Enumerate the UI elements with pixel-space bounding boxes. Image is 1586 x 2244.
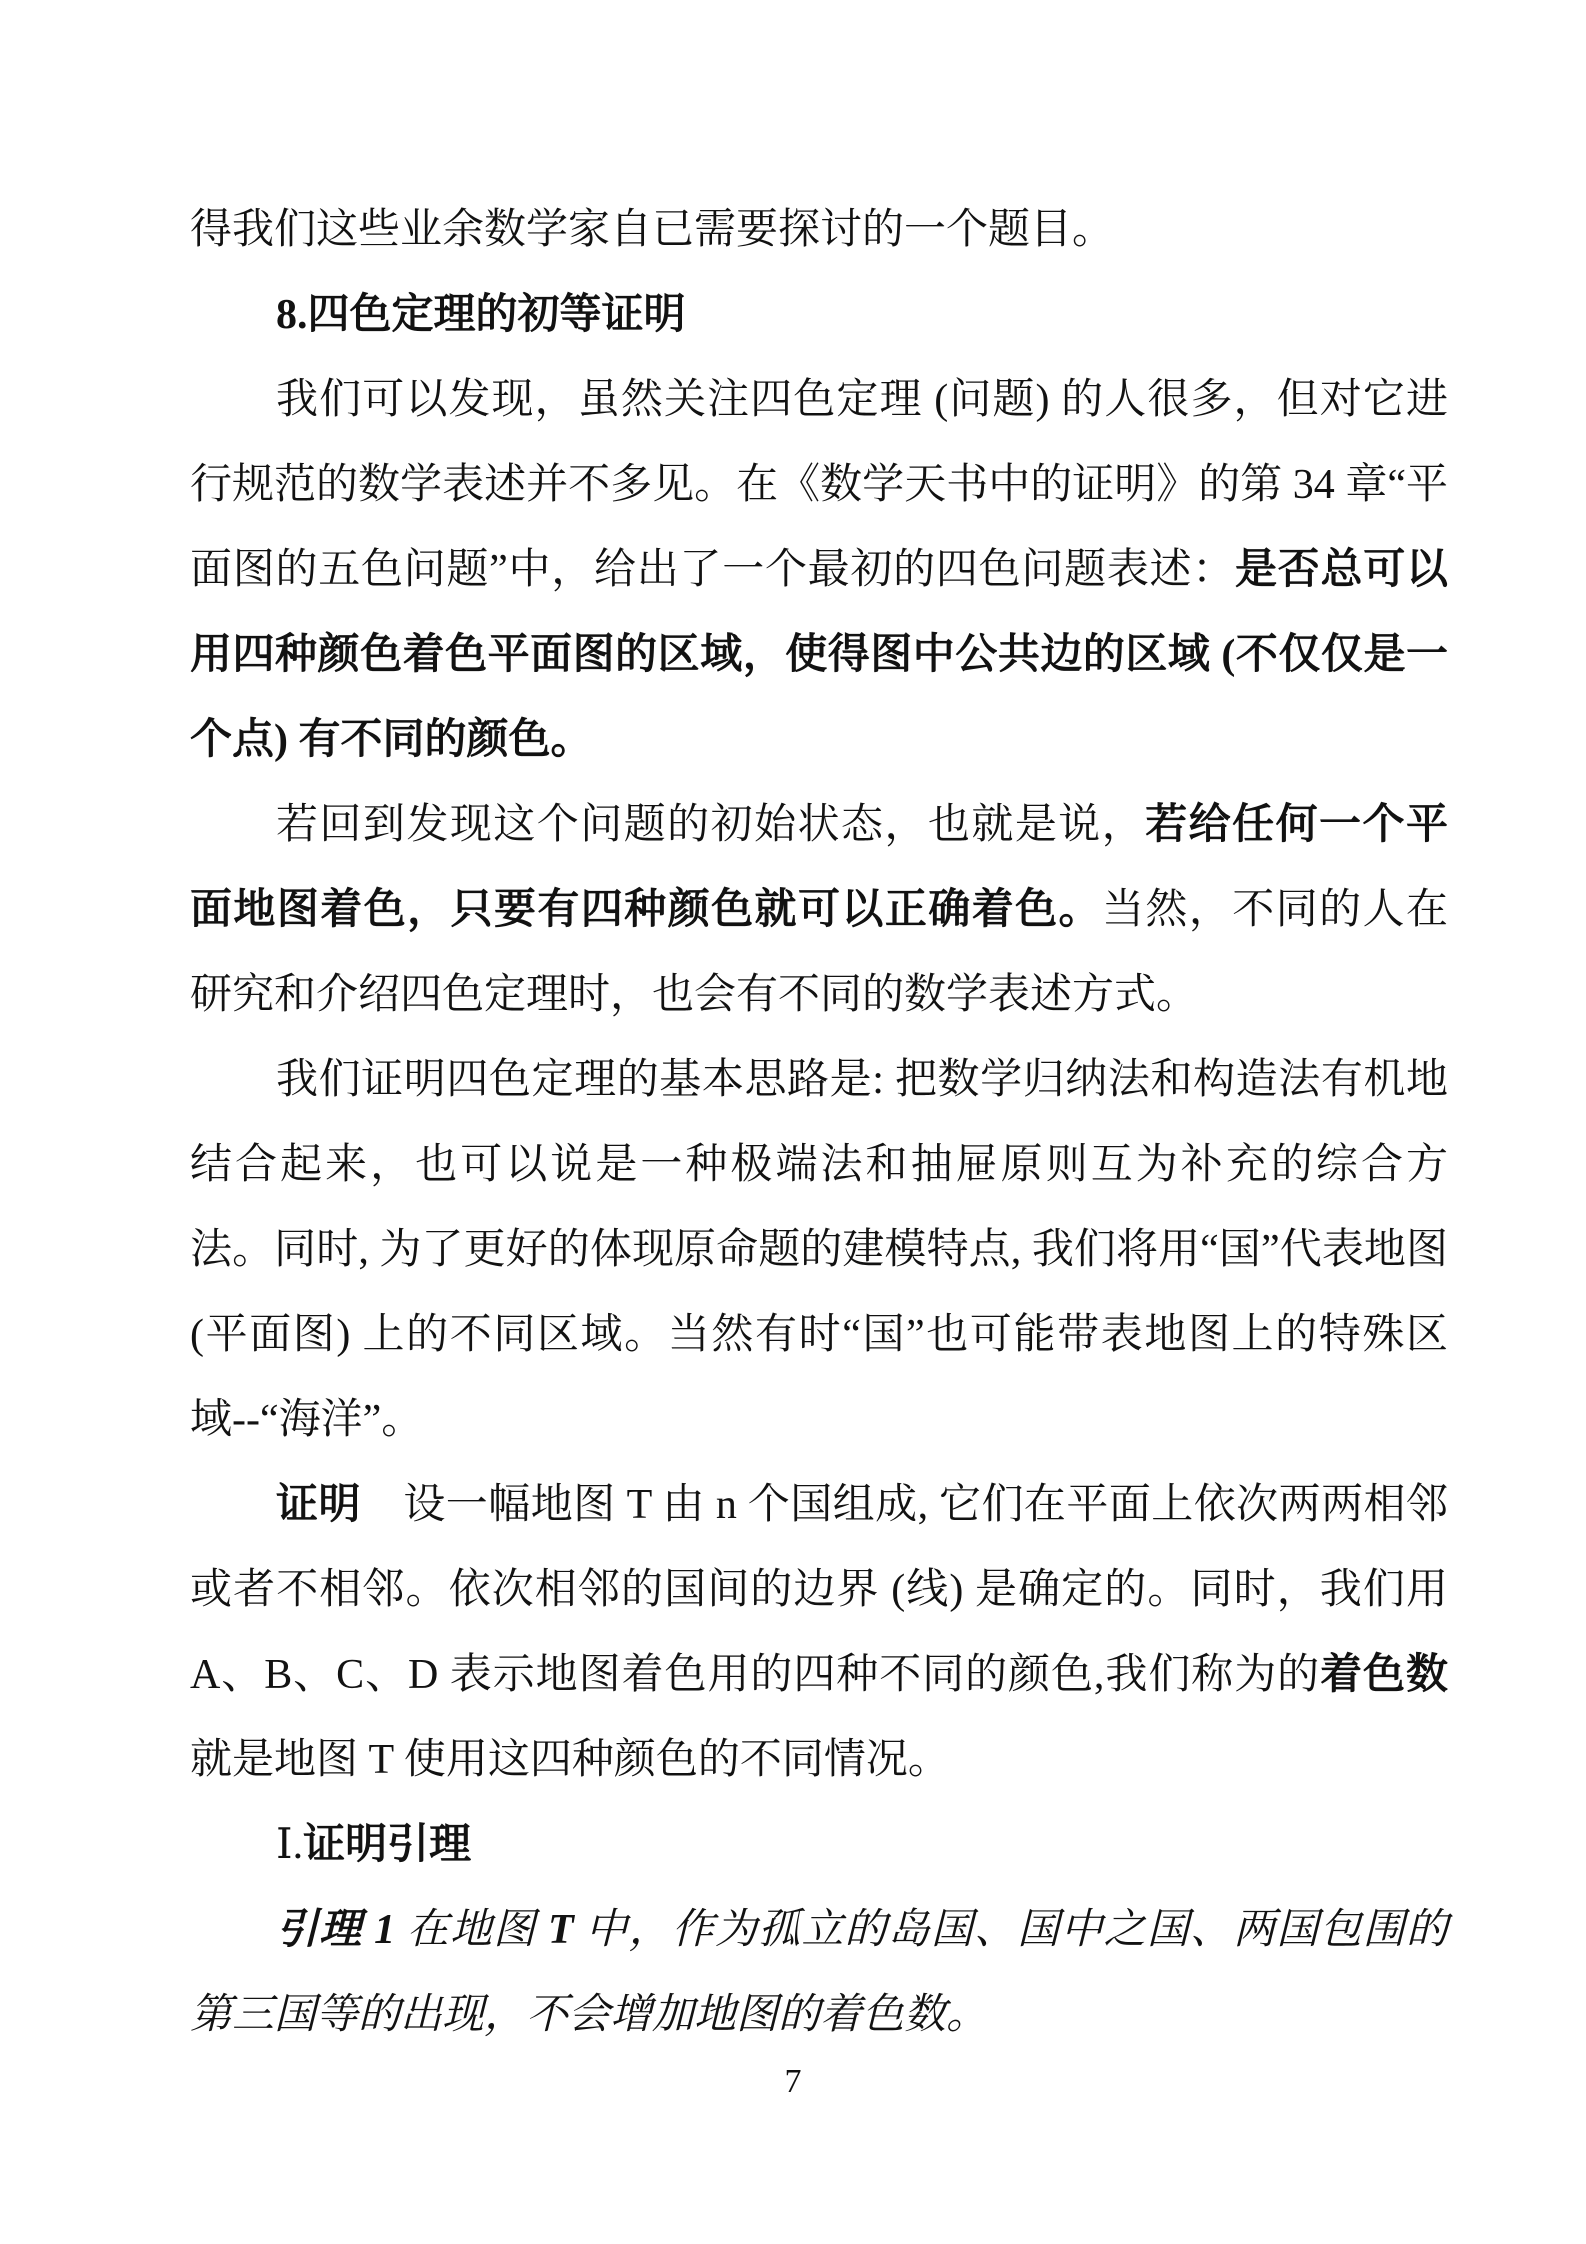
text-run: 着色数 <box>1320 1652 1448 1698</box>
document-page: 得我们这些业余数学家自已需要探讨的一个题目。8.四色定理的初等证明我们可以发现，… <box>0 0 1586 2244</box>
text-run: 在地图 <box>395 1907 548 1953</box>
text-run: 我们证明四色定理的基本思路是: 把数学归纳法和构造法有机地结合起来，也可以说是一… <box>190 1057 1448 1443</box>
text-run: 引理 1 <box>276 1907 395 1953</box>
text-run: 8.四色定理的初等证明 <box>276 292 686 338</box>
paragraph-para-initial-state: 若回到发现这个问题的初始状态，也就是说，若给任何一个平面地图着色，只要有四种颜色… <box>190 783 1448 1038</box>
paragraph-para-proof-idea: 我们证明四色定理的基本思路是: 把数学归纳法和构造法有机地结合起来，也可以说是一… <box>190 1038 1448 1463</box>
text-run: 得我们这些业余数学家自已需要探讨的一个题目。 <box>190 207 1114 253</box>
paragraph-continuation-line: 得我们这些业余数学家自已需要探讨的一个题目。 <box>190 188 1448 273</box>
text-run: 证明 <box>276 1482 361 1528</box>
document-body: 得我们这些业余数学家自已需要探讨的一个题目。8.四色定理的初等证明我们可以发现，… <box>190 188 1448 2058</box>
paragraph-para-proof-setup: 证明 设一幅地图 T 由 n 个国组成, 它们在平面上依次两两相邻或者不相邻。依… <box>190 1463 1448 1803</box>
page-number: 7 <box>0 2062 1586 2102</box>
text-run: 若回到发现这个问题的初始状态，也就是说， <box>276 802 1145 848</box>
text-run: 就是地图 T 使用这四种颜色的不同情况。 <box>190 1737 950 1783</box>
text-run: Ⅰ. <box>276 1822 303 1868</box>
paragraph-lemma-1: 引理 1 在地图 T 中，作为孤立的岛国、国中之国、两国包围的第三国等的出现，不… <box>190 1888 1448 2058</box>
text-run: T <box>548 1907 574 1953</box>
text-run: 证明引理 <box>303 1822 471 1868</box>
paragraph-section-heading: 8.四色定理的初等证明 <box>190 273 1448 358</box>
paragraph-para-four-color-statement: 我们可以发现，虽然关注四色定理 (问题) 的人很多，但对它进行规范的数学表述并不… <box>190 358 1448 783</box>
paragraph-subsection-heading-lemmas: Ⅰ.证明引理 <box>190 1803 1448 1888</box>
text-run: 设一幅地图 T 由 n 个国组成, 它们在平面上依次两两相邻或者不相邻。依次相邻… <box>190 1482 1448 1698</box>
